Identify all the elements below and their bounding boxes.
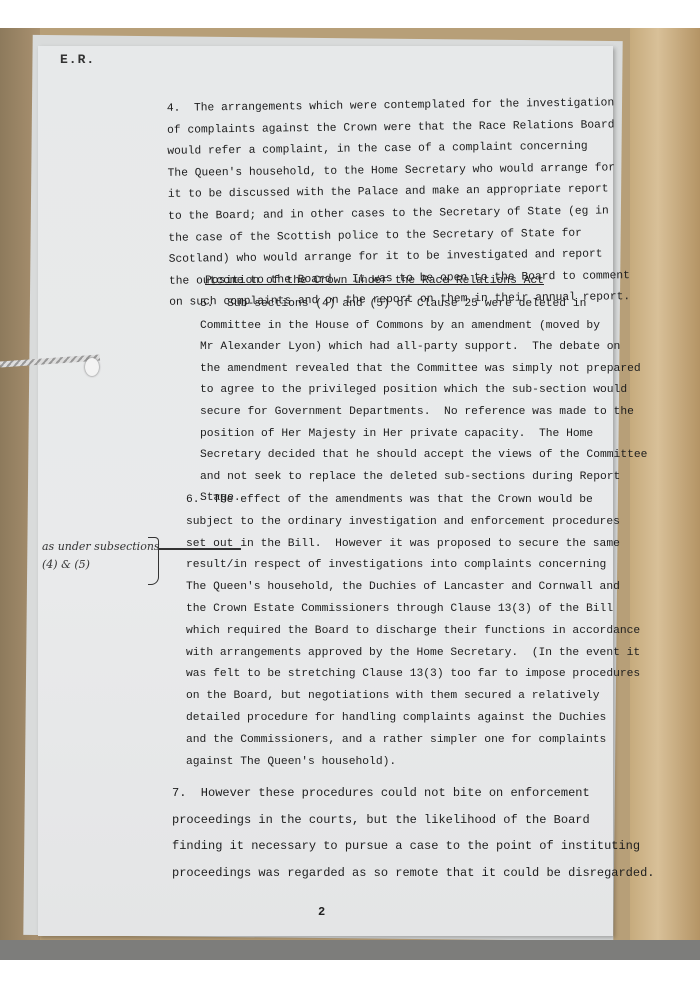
handwritten-insertion-line [158,548,241,550]
document-photo: E.R. 4. The arrangements which were cont… [0,28,700,960]
treasury-tag-eyelet [85,358,99,376]
header-mark: E.R. [60,52,95,67]
paragraph-7: 7. However these procedures could not bi… [172,780,654,886]
paragraph-6: 6. The effect of the amendments was that… [186,490,640,773]
handwritten-margin-note: as under subsections (4) & (5) [42,538,160,574]
desk-surface [0,940,700,960]
paragraph-5: 5. Sub-sections (4) and (5) of Clause 25… [200,294,647,510]
page-number: 2 [318,905,325,919]
handwritten-bracket [148,537,159,585]
section-heading: Position of the Crown under the Race Rel… [205,275,544,287]
